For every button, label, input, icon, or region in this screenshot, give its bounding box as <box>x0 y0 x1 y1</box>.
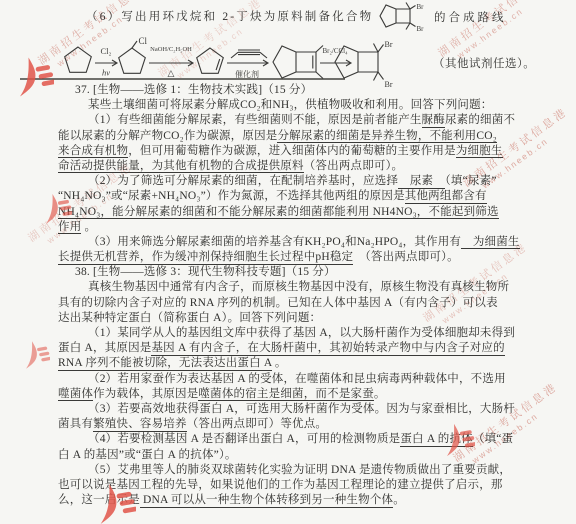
text-line: 白 A 的基因”或“蛋白 A 的抗体”）。 <box>58 448 536 463</box>
answer-blank-filled: 繁殖快、容易培养 <box>93 418 187 432</box>
chlorocyclopentane-structure: Cl <box>119 36 148 73</box>
question-text: （3）用来筛选分解尿素细菌的培养基含有KH₂PO₄和Na₂HPO₄，其作用有 <box>88 236 461 248</box>
site-logo-stamp <box>20 56 54 98</box>
text-line: 38. [生物——选修 3：现代生物科技专题]（15 分） <box>58 265 536 280</box>
text-line: 么，这一启示是 DNA 可以从一种生物个体转移到另一种生物个体。 <box>58 493 536 508</box>
question-text: （2）为了筛选可分解尿素的细菌，在配制培养基时，应选择 <box>88 175 398 187</box>
reagent-br2-label: Br₂/CCl₄ <box>322 47 348 55</box>
question-text: 。 <box>393 494 405 506</box>
question-text: 达出某种特定蛋白（简称蛋白 A）。回答下列问题： <box>58 312 321 324</box>
question-text: 某些土壤细菌可将尿素分解成CO₂和NH₃，供植物吸收和利用。回答下列问题： <box>88 99 493 111</box>
question-text: 尿素的细菌不 <box>445 114 515 126</box>
question-text: ，但可用葡萄糖作为碳源，进入细菌体内的葡萄糖的主要作用是 <box>128 145 456 157</box>
text-line: 长提供无机营养，作为缓冲剂保持细胞生长过程中pH稳定 （答出两点即可）。 <box>58 250 536 265</box>
question-6-text: （6）写出用环戊烷和 2-丁炔为原料制备化合物 <box>86 8 373 24</box>
condition-hv-label: hv <box>102 68 110 78</box>
answer-blank-filled: 为细菌生 <box>461 236 520 250</box>
text-line: 也可以说是基因工程的先导，如果说他们的工作为基因工程理论的建立提供了启示，那 <box>58 478 536 493</box>
br-atom-label: Br <box>417 3 425 11</box>
answer-blank-filled: 为细胞生 <box>456 145 503 159</box>
text-line: 某些土壤细菌可将尿素分解成CO₂和NH₃，供植物吸收和利用。回答下列问题： <box>58 98 536 113</box>
question-text: （2）若用家蚕作为表达基因 A 的受体，在噬菌体和昆虫病毒两种载体中，不选用 <box>88 373 506 385</box>
text-line: RNA 序列不能被切除，无法表达出蛋白 A 。 <box>58 356 536 371</box>
answer-body: 37. [生物——选修 1：生物技术实践]（15 分）某些土壤细菌可将尿素分解成… <box>58 83 536 508</box>
question-text: 。 <box>374 388 386 400</box>
text-line: “NH₄NO₃”或“尿素+NH₄NO₃”）作为氮源，不选择其他两组的原因是其他两… <box>58 189 536 204</box>
question-6-suffix: 的合成路线 <box>434 9 507 25</box>
text-line: 具有的切除内含子对应的 RNA 序列的机制。已知在人体中基因 A（有内含子）可以… <box>58 296 536 311</box>
question-text: （答出两点即可）。 <box>304 160 404 172</box>
text-line: 菌具有繁殖快、容易培养（答出两点即可）等优点。 <box>58 417 536 432</box>
cyclopentane-structure <box>65 47 92 72</box>
question-text: 作为载体，其原因是 <box>93 388 198 400</box>
text-line: （1）有些细菌能分解尿素，有些细菌则不能，原因是前者能产生脲酶尿素的细菌不 <box>58 113 536 128</box>
text-line: 37. [生物——选修 1：生物技术实践]（15 分） <box>58 83 536 98</box>
text-line: 噬菌体作为载体，其原因是噬菌体的宿主是细菌，而不是家蚕。 <box>58 387 536 402</box>
question-text: 能以尿素的分解产物CO₂作为碳源，原因是 <box>58 130 277 142</box>
question-text: 真核生物基因中通常有内含子，而原核生物基因中没有，原核生物没有真核生物所 <box>88 281 509 293</box>
answer-blank-filled: 其他两组都含有 <box>405 190 487 204</box>
reaction-arrow-1: Cl₂ hv <box>95 46 117 78</box>
answer-blank-filled: 长提供无机营养，作为缓冲剂保持细胞生长过程中pH稳定 <box>58 251 353 265</box>
text-line: （4）若要检测基因 A 是否翻译出蛋白 A，可用的检测物质是蛋白 A 的抗体（填… <box>58 432 536 447</box>
text-line: （3）若要高效地获得蛋白 A，可选用大肠杆菌作为受体。因为与家蚕相比，大肠杆 <box>58 402 536 417</box>
question-text: 具有的切除内含子对应的 RNA 序列的机制。已知在人体中基因 A（有内含子）可以… <box>58 297 498 309</box>
condition-heat-label: △ <box>168 68 175 78</box>
reaction-arrow-2: NaOH/C₂H₅OH △ <box>149 46 193 78</box>
target-compound-structure: Br Br <box>380 3 424 34</box>
text-line: 真核生物基因中通常有内含子，而原核生物基因中没有，原核生物没有真核生物所 <box>58 280 536 295</box>
answer-blank-filled: RNA 序列不能被切除，无法表达出蛋白 A <box>58 357 272 371</box>
answer-blank-filled: 噬菌体的宿主是细菌，而不是家蚕 <box>198 388 374 402</box>
text-line: （3）用来筛选分解尿素细菌的培养基含有KH₂PO₄和Na₂HPO₄，其作用有 为… <box>58 235 536 250</box>
br-atom-label: Br <box>385 40 393 49</box>
text-line: （5）艾弗里等人的肺炎双球菌转化实验为证明 DNA 是遗传物质做出了重要贡献， <box>58 463 536 478</box>
answer-blank-filled: DNA 可以从一种生物个体转移到另一种生物个体 <box>140 494 393 508</box>
question-text: 38. [生物——选修 3：现代生物科技专题]（15 分） <box>75 266 336 278</box>
answer-blank-filled: NH₄NO₃，能分解尿素的细菌和不能分解尿素的细菌都能利用 NH4NO₃，不能起… <box>58 206 499 220</box>
other-reagents-note: （其他试剂任选）。 <box>433 55 535 71</box>
question-text: （5）艾弗里等人的肺炎双球菌转化实验为证明 DNA 是遗传物质做出了重要贡献， <box>88 464 511 476</box>
question-text: （1）某同学从人的基因组文库中获得了基因 A，以大肠杆菌作为受体细胞却未得到 <box>88 327 515 339</box>
question-text: （填“蛋 <box>473 433 513 445</box>
question-text: （答出两点即可）等优点。 <box>187 418 327 430</box>
text-line: 来合成有机物，但可用葡萄糖作为碳源，进入细菌体内的葡萄糖的主要作用是为细胞生 <box>58 144 536 159</box>
text-line: NH₄NO₃，能分解尿素的细菌和不能分解尿素的细菌都能利用 NH4NO₃，不能起… <box>58 205 536 220</box>
cl-atom-label: Cl <box>139 36 148 46</box>
answer-blank-filled: 基因 A 有内含子，在大肠杆菌中，其初始转录产物中与内含子对应的 <box>151 342 504 356</box>
question-text: 也可以说是基因工程的先导，如果说他们的工作为基因工程理论的建立提供了启示，那 <box>58 479 503 491</box>
butyne-structure <box>231 50 267 58</box>
answer-blank-filled: 命活动提供能量，为其他有机物的合成提供原料 <box>58 160 304 174</box>
text-line: （2）若用家蚕作为表达基因 A 的受体，在噬菌体和昆虫病毒两种载体中，不选用 <box>58 372 536 387</box>
text-line: （1）某同学从人的基因组文库中获得了基因 A，以大肠杆菌作为受体细胞却未得到 <box>58 326 536 341</box>
question-text: （填“尿素” <box>445 175 497 187</box>
question-text: 菌具有 <box>58 418 93 430</box>
reagent-cl2-label: Cl₂ <box>101 46 112 56</box>
question-text: （答出两点即可）。 <box>353 251 459 263</box>
site-logo-icon <box>26 340 50 370</box>
reagent-naoh-label: NaOH/C₂H₅OH <box>150 46 192 53</box>
reaction-arrow-3: 催化剂 <box>227 50 268 79</box>
site-logo-stamp <box>26 340 50 370</box>
answer-blank-filled: 分解尿素的细菌是异养生物，不能利用CO₂ <box>277 130 496 144</box>
condition-catalyst-label: 催化剂 <box>235 69 259 79</box>
bicyclic-intermediate-structure <box>273 46 323 79</box>
answer-blank-filled: 尿素 <box>398 175 445 189</box>
scanned-exam-page: （6）写出用环戊烷和 2-丁炔为原料制备化合物 的合成路线 （其他试剂任选）。 … <box>0 0 576 524</box>
answer-blank-filled: 来合成有机物 <box>58 145 128 159</box>
text-line: 能以尿素的分解产物CO₂作为碳源，原因是分解尿素的细菌是异养生物，不能利用CO₂ <box>58 129 536 144</box>
text-line: 达出某种特定蛋白（简称蛋白 A）。回答下列问题： <box>58 311 536 326</box>
text-line: 蛋白 A，其原因是基因 A 有内含子，在大肠杆菌中，其初始转录产物中与内含子对应… <box>58 341 536 356</box>
question-text: 37. [生物——选修 1：生物技术实践]（15 分） <box>75 84 312 96</box>
question-text: 蛋白 A，其原因是 <box>58 342 151 354</box>
site-logo-icon <box>20 56 54 98</box>
dibromo-product-structure: Br Br <box>335 40 393 89</box>
question-text: 。 <box>81 221 96 233</box>
answer-blank-filled: 作用 <box>58 221 81 235</box>
question-text: 。 <box>272 357 287 369</box>
cyclopentene-structure <box>197 48 224 73</box>
question-text: （1）有些细菌能分解尿素，有些细菌则不能，原因是前者能产生 <box>88 114 422 126</box>
answer-blank-filled: 脲酶 <box>422 114 445 128</box>
text-line: （2）为了筛选可分解尿素的细菌，在配制培养基时，应选择 尿素 （填“尿素” <box>58 174 536 189</box>
reaction-arrow-4: Br₂/CCl₄ <box>320 47 351 66</box>
br-atom-label: Br <box>417 25 425 33</box>
answer-blank-filled: 蛋白 A 的抗体 <box>400 433 473 447</box>
text-line: 命活动提供能量，为其他有机物的合成提供原料（答出两点即可）。 <box>58 159 536 174</box>
question-text: （3）若要高效地获得蛋白 A，可选用大肠杆菌作为受体。因为与家蚕相比，大肠杆 <box>88 403 515 415</box>
question-text: 白 A 的基因”或“蛋白 A 的抗体”）。 <box>58 449 237 461</box>
question-text: 么，这一启示是 <box>58 494 140 506</box>
text-line: 作用 。 <box>58 220 536 235</box>
question-text: （4）若要检测基因 A 是否翻译出蛋白 A，可用的检测物质是 <box>88 433 400 445</box>
question-text: “NH₄NO₃”或“尿素+NH₄NO₃”）作为氮源，不选择其他两组的原因是 <box>58 190 405 202</box>
answer-blank-filled: 噬菌体 <box>58 388 93 402</box>
